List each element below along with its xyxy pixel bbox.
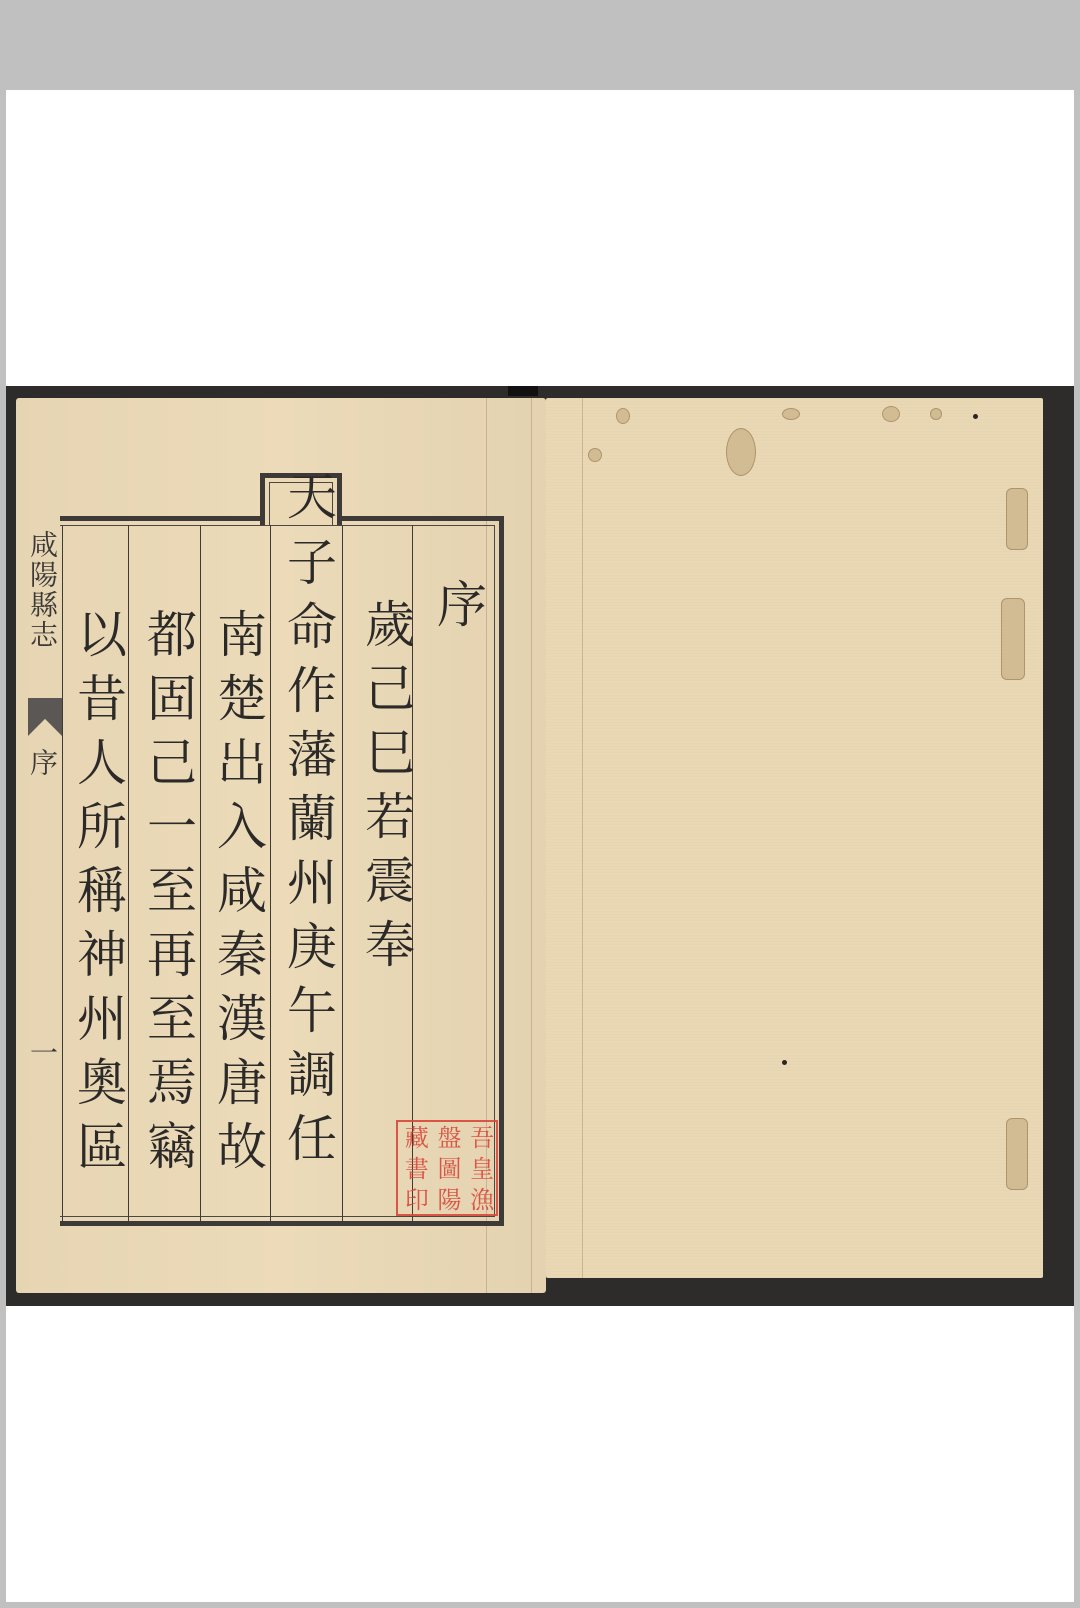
fold-line bbox=[531, 398, 532, 1293]
wormhole-stain bbox=[726, 428, 756, 476]
seal-char: 藏 bbox=[402, 1122, 426, 1153]
left-page: 咸陽縣志 序 一 序 歲己巳若震奉 天 子命作藩蘭州庚午調任 南楚出入咸秦漢唐故… bbox=[16, 398, 546, 1293]
wormhole-stain bbox=[782, 408, 800, 420]
fold-line bbox=[582, 398, 583, 1278]
wormhole bbox=[782, 1060, 787, 1065]
column-text: 南楚出入咸秦漢唐故 bbox=[204, 608, 272, 1184]
seal-char: 皇 bbox=[468, 1153, 492, 1184]
book-scan: 咸陽縣志 序 一 序 歲己巳若震奉 天 子命作藩蘭州庚午調任 南楚出入咸秦漢唐故… bbox=[6, 386, 1074, 1306]
edge-stain bbox=[1001, 598, 1025, 680]
margin-page-number: 一 bbox=[28, 1038, 62, 1068]
edge-stain bbox=[1006, 488, 1028, 550]
wormhole-stain bbox=[930, 408, 942, 420]
fishtail-mark-icon bbox=[28, 698, 62, 736]
seal-char: 漁 bbox=[468, 1183, 492, 1214]
column-text: 以昔人所稱神州奧區 bbox=[64, 608, 132, 1184]
collector-seal: 吾 皇 漁 盤 圖 陽 藏 書 印 bbox=[396, 1120, 498, 1216]
wormhole bbox=[973, 414, 978, 419]
seal-char: 書 bbox=[402, 1153, 426, 1184]
wormhole-stain bbox=[616, 408, 630, 424]
column-heading: 序 bbox=[424, 578, 492, 642]
margin-book-title: 咸陽縣志 bbox=[28, 530, 62, 650]
wormhole-stain bbox=[588, 448, 602, 462]
column-text: 都固己一至再至焉竊 bbox=[134, 608, 202, 1184]
right-page-blank bbox=[546, 398, 1043, 1278]
seal-char: 盤 bbox=[435, 1122, 459, 1153]
wormhole-stain bbox=[882, 406, 900, 422]
seal-char: 印 bbox=[402, 1183, 426, 1214]
spine-shadow bbox=[508, 386, 538, 396]
seal-char: 陽 bbox=[435, 1183, 459, 1214]
seal-char: 吾 bbox=[468, 1122, 492, 1153]
column-rule bbox=[342, 525, 343, 1223]
column-elevated-char: 天 bbox=[274, 470, 342, 534]
margin-section-title: 序 bbox=[28, 748, 62, 778]
column-text: 歲己巳若震奉 bbox=[352, 598, 420, 982]
seal-char: 圖 bbox=[435, 1153, 459, 1184]
column-text: 子命作藩蘭州庚午調任 bbox=[274, 536, 342, 1176]
edge-stain bbox=[1006, 1118, 1028, 1190]
image-viewer-canvas: 咸陽縣志 序 一 序 歲己巳若震奉 天 子命作藩蘭州庚午調任 南楚出入咸秦漢唐故… bbox=[6, 90, 1074, 1602]
